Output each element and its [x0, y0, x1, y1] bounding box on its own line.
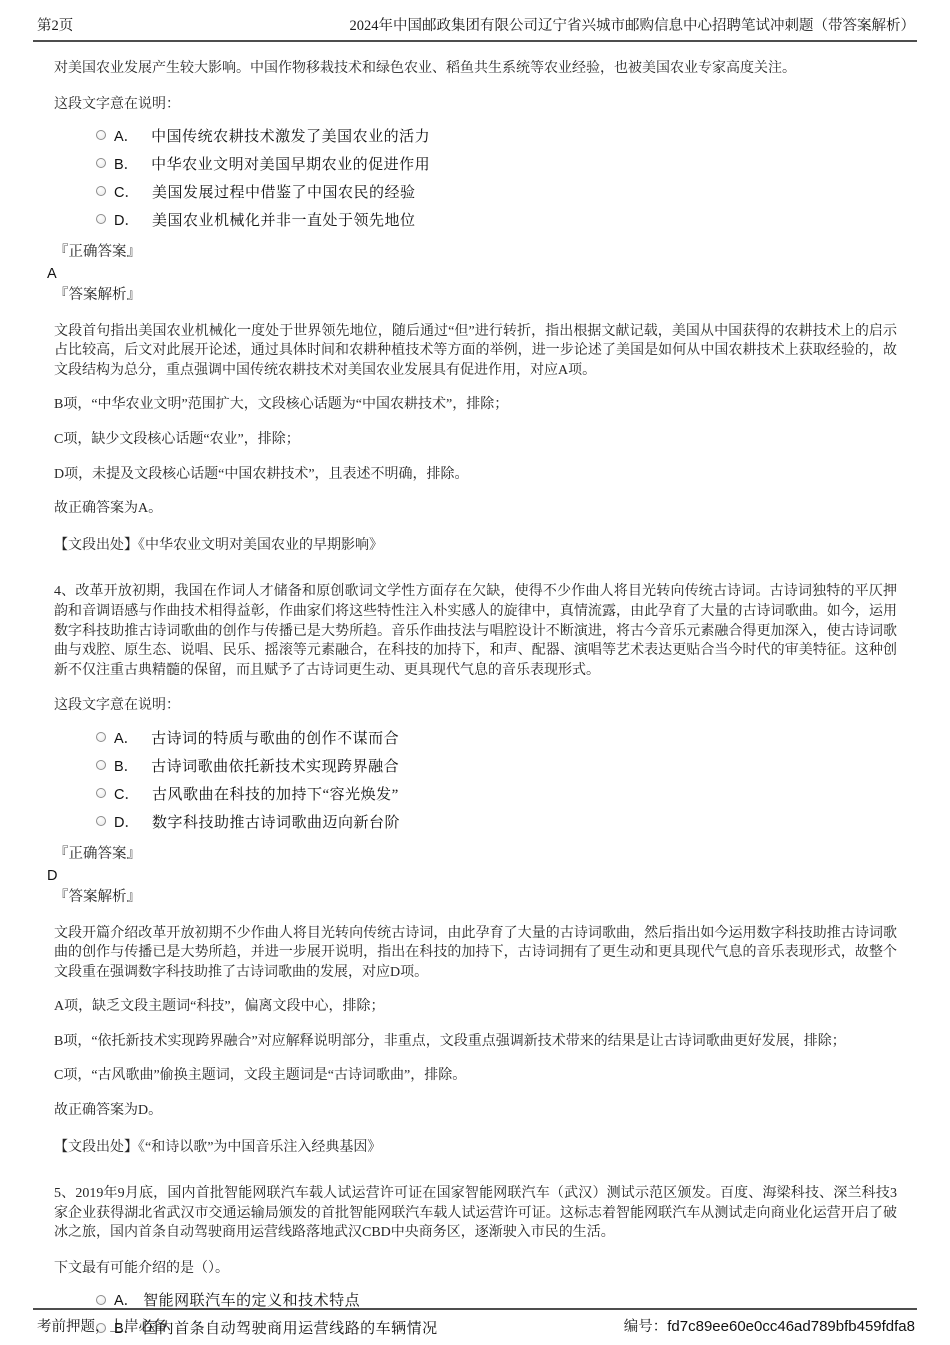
- option-text: 古风歌曲在科技的加持下“容光焕发”: [152, 783, 399, 804]
- option-radio[interactable]: [96, 1295, 106, 1305]
- correct-answer-heading: 『正确答案』: [54, 242, 897, 264]
- option-text: 智能网联汽车的定义和技术特点: [143, 1289, 360, 1310]
- page-footer: 考前押题，上岸必备 编号：fd7c89ee60e0cc46ad789bfb459…: [33, 1308, 917, 1336]
- question-block-3: 对美国农业发展产生较大影响。中国作物移栽技术和绿色农业、稻鱼共生系统等农业经验，…: [54, 59, 897, 555]
- option-letter: A．: [114, 125, 138, 146]
- document-page: 第2页 2024年中国邮政集团有限公司辽宁省兴城市邮购信息中心招聘笔试冲刺题（带…: [0, 0, 950, 1345]
- option-radio[interactable]: [96, 130, 106, 140]
- footer-code-value: fd7c89ee60e0cc46ad789bfb459fdfa8: [667, 1318, 915, 1335]
- question-intro: 对美国农业发展产生较大影响。中国作物移栽技术和绿色农业、稻鱼共生系统等农业经验，…: [54, 59, 897, 79]
- page-number: 第2页: [37, 14, 73, 35]
- analysis-paragraph: B项，“依托新技术实现跨界融合”对应解释说明部分，非重点，文段重点强调新技术带来…: [54, 1032, 897, 1052]
- footer-code: 编号：fd7c89ee60e0cc46ad789bfb459fdfa8: [624, 1315, 915, 1336]
- question-prompt: 这段文字意在说明：: [54, 696, 897, 716]
- option-text: 中华农业文明对美国早期农业的促进作用: [151, 153, 430, 174]
- option-letter: D．: [114, 811, 139, 832]
- option-text: 数字科技助推古诗词歌曲迈向新台阶: [152, 811, 400, 832]
- source-reference: 【文段出处】《中华农业文明对美国农业的早期影响》: [54, 536, 897, 556]
- answer-block: 『正确答案』 D 『答案解析』: [54, 844, 897, 909]
- option-row: A． 中国传统农耕技术激发了美国农业的活力: [96, 121, 897, 149]
- option-row: B． 古诗词歌曲依托新技术实现跨界融合: [96, 751, 897, 779]
- question-intro: 4、改革开放初期，我国在作词人才储备和原创歌词文学性方面存在欠缺，使得不少作曲人…: [54, 582, 897, 680]
- footer-slogan: 考前押题，上岸必备: [37, 1315, 168, 1336]
- option-row: D． 美国农业机械化并非一直处于领先地位: [96, 205, 897, 233]
- analysis-conclusion: 故正确答案为D。: [54, 1101, 897, 1121]
- correct-answer-value: A: [47, 264, 897, 286]
- option-radio[interactable]: [96, 760, 106, 770]
- analysis-heading: 『答案解析』: [54, 285, 897, 307]
- option-text: 古诗词歌曲依托新技术实现跨界融合: [151, 755, 399, 776]
- answer-block: 『正确答案』 A 『答案解析』: [54, 242, 897, 307]
- option-radio[interactable]: [96, 186, 106, 196]
- option-row: A． 古诗词的特质与歌曲的创作不谋而合: [96, 723, 897, 751]
- option-text: 古诗词的特质与歌曲的创作不谋而合: [151, 727, 399, 748]
- option-text: 中国传统农耕技术激发了美国农业的活力: [151, 125, 430, 146]
- option-radio[interactable]: [96, 816, 106, 826]
- option-letter: D．: [114, 209, 139, 230]
- page-header: 第2页 2024年中国邮政集团有限公司辽宁省兴城市邮购信息中心招聘笔试冲刺题（带…: [33, 12, 917, 42]
- option-row: D． 数字科技助推古诗词歌曲迈向新台阶: [96, 807, 897, 835]
- correct-answer-heading: 『正确答案』: [54, 844, 897, 866]
- option-letter: B．: [114, 755, 138, 776]
- source-reference: 【文段出处】《“和诗以歌”为中国音乐注入经典基因》: [54, 1138, 897, 1158]
- question-prompt: 下文最有可能介绍的是（）。: [54, 1259, 897, 1279]
- options-group: A． 中国传统农耕技术激发了美国农业的活力 B． 中华农业文明对美国早期农业的促…: [96, 121, 897, 233]
- analysis-paragraph: 文段首句指出美国农业机械化一度处于世界领先地位，随后通过“但”进行转折，指出根据…: [54, 322, 897, 381]
- analysis-paragraph: C项，缺少文段核心话题“农业”，排除；: [54, 430, 897, 450]
- correct-answer-value: D: [47, 866, 897, 888]
- option-row: C． 古风歌曲在科技的加持下“容光焕发”: [96, 779, 897, 807]
- option-letter: B．: [114, 153, 138, 174]
- option-radio[interactable]: [96, 214, 106, 224]
- question-prompt: 这段文字意在说明：: [54, 95, 897, 115]
- analysis-paragraph: B项，“中华农业文明”范围扩大，文段核心话题为“中国农耕技术”，排除；: [54, 395, 897, 415]
- analysis-paragraph: 文段开篇介绍改革开放初期不少作曲人将目光转向传统古诗词，由此孕育了大量的古诗词歌…: [54, 924, 897, 983]
- document-title: 2024年中国邮政集团有限公司辽宁省兴城市邮购信息中心招聘笔试冲刺题（带答案解析…: [350, 14, 916, 35]
- question-block-4: 4、改革开放初期，我国在作词人才储备和原创歌词文学性方面存在欠缺，使得不少作曲人…: [54, 582, 897, 1157]
- analysis-heading: 『答案解析』: [54, 887, 897, 909]
- option-letter: C．: [114, 181, 139, 202]
- option-letter: A．: [114, 727, 138, 748]
- option-radio[interactable]: [96, 788, 106, 798]
- footer-code-label: 编号：: [624, 1319, 668, 1335]
- option-letter: A．: [114, 1289, 138, 1310]
- option-text: 美国发展过程中借鉴了中国农民的经验: [152, 181, 416, 202]
- analysis-paragraph: D项，未提及文段核心话题“中国农耕技术”，且表述不明确，排除。: [54, 465, 897, 485]
- option-text: 美国农业机械化并非一直处于领先地位: [152, 209, 416, 230]
- option-letter: C．: [114, 783, 139, 804]
- analysis-paragraph: C项，“古风歌曲”偷换主题词，文段主题词是“古诗词歌曲”，排除。: [54, 1066, 897, 1086]
- options-group: A． 古诗词的特质与歌曲的创作不谋而合 B． 古诗词歌曲依托新技术实现跨界融合 …: [96, 723, 897, 835]
- analysis-conclusion: 故正确答案为A。: [54, 499, 897, 519]
- option-row: C． 美国发展过程中借鉴了中国农民的经验: [96, 177, 897, 205]
- analysis-paragraph: A项，缺乏文段主题词“科技”，偏离文段中心，排除；: [54, 997, 897, 1017]
- option-radio[interactable]: [96, 732, 106, 742]
- question-intro: 5、2019年9月底，国内首批智能网联汽车载人试运营许可证在国家智能网联汽车（武…: [54, 1184, 897, 1243]
- page-content: 对美国农业发展产生较大影响。中国作物移栽技术和绿色农业、稻鱼共生系统等农业经验，…: [33, 59, 917, 1342]
- option-radio[interactable]: [96, 158, 106, 168]
- option-row: B． 中华农业文明对美国早期农业的促进作用: [96, 149, 897, 177]
